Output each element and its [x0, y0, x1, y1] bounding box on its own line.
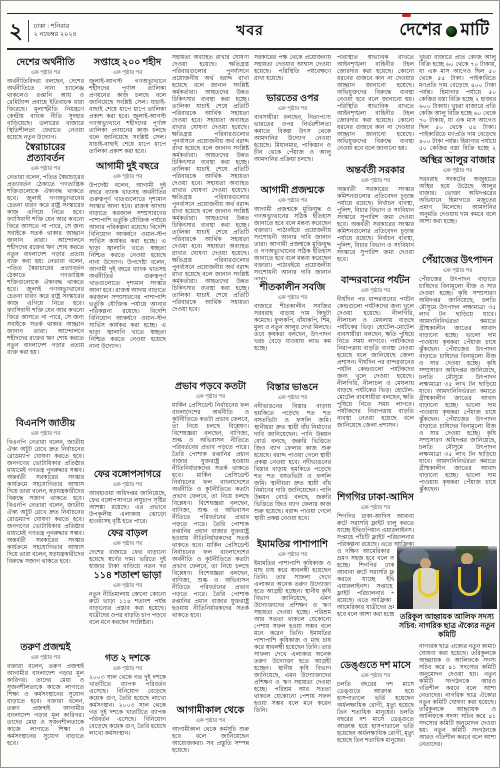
article-headline: দেশের অর্থনীতি — [7, 55, 84, 69]
photo-caption: তরিকুল আহ্বায়ক আলিফ সদস্য সচিব: নাগরিক … — [397, 609, 497, 641]
article-body: উপদেষ্টা বলেন, আগামী দুই বছরে ব্যাংক খাত… — [89, 183, 166, 351]
article-body: বাজারে শীতকালীন সবজির সরবরাহ বাড়ায় দাম… — [254, 304, 331, 353]
continued-label: এক পৃষ্ঠার পর — [172, 394, 249, 401]
article-body: সরবরাহ সংকটের অজুহাতে অস্থির হয়ে উঠেছে … — [419, 177, 496, 226]
article[interactable]: অন্তর্বর্তী সরকার এক পৃষ্ঠার পর অন্তর্বর… — [337, 163, 414, 273]
article-body: আগামীকাল থেকে কর্মসূচি শুরু হবে বলে জানি… — [172, 727, 249, 755]
article-headline: শীতকালীন সবজি — [254, 280, 331, 294]
article-body: আগামী প্রজন্মকে মুক্তিযুদ্ধ ও গণঅভ্যুত্থ… — [254, 207, 331, 280]
article-body: বক্তারা বলেন, তরুণ প্রজন্মই আগামীর বাংলা… — [7, 664, 84, 748]
continued-label: এক পৃষ্ঠার পর — [419, 268, 496, 275]
dateline-city-day: ঢাকা : শনিবার — [34, 23, 70, 30]
continued-label: এক পৃষ্ঠার পর — [89, 583, 166, 590]
continued-label: এক পৃষ্ঠার পর — [7, 431, 84, 438]
continued-label: এক পৃষ্ঠার পর — [254, 106, 331, 113]
article[interactable]: দেশের অর্থনীতি এক পৃষ্ঠার পর অর্থনীতিবিদ… — [7, 55, 84, 140]
article-headline: শিগগির ঢাকা-আদিস — [337, 490, 414, 504]
newspaper-page: ২ ঢাকা : শনিবার ২ নভেম্বর ২০২৪ খবর দেশের… — [0, 0, 500, 768]
article-headline: সপ্তাহে ২০০ শহীদ — [89, 55, 166, 69]
masthead: ২ ঢাকা : শনিবার ২ নভেম্বর ২০২৪ খবর দেশের… — [7, 13, 493, 50]
continued-label: এক পৃষ্ঠার পর — [254, 395, 331, 402]
article[interactable]: শীতকালীন সবজি এক পৃষ্ঠার পর বাজারে শীতকা… — [254, 280, 331, 380]
article-continuation[interactable]: নাগরিক ছাত্র ঐক্যের নতুন কমিটি ঘোষণা করা… — [419, 644, 496, 759]
news-photo-block[interactable]: তরিকুল আহ্বায়ক আলিফ সদস্য সচিব: নাগরিক … — [394, 546, 497, 641]
article-headline: ফের বঙ্গোপসাগরে — [89, 467, 166, 481]
continued-label: এক পৃষ্ঠার পর — [337, 288, 414, 295]
article-headline: গত ২ দশকে — [89, 651, 166, 665]
continued-label: এক পৃষ্ঠার পর — [337, 505, 414, 512]
continued-label: এক পৃষ্ঠার পর — [337, 178, 414, 185]
article-body: অর্থনীতিবিদরা বলছেন, দেশের অর্থনীতিতে না… — [7, 79, 84, 140]
newspaper-brand: দেশের মাটি — [399, 17, 493, 45]
article[interactable]: ইমামতির পাশাপাশি এক পৃষ্ঠার পর ইমামতির প… — [254, 537, 331, 761]
continued-label: এক পৃষ্ঠার পর — [337, 673, 414, 680]
article[interactable]: ১১৪ শতাংশ ভাড়া এক পৃষ্ঠার পর নতুন নীতিম… — [89, 568, 166, 651]
article-headline: ১১৪ শতাংশ ভাড়া — [89, 568, 166, 582]
continued-label: এক পৃষ্ঠার পর — [7, 166, 84, 173]
continued-label: এক পৃষ্ঠার পর — [89, 482, 166, 489]
article-body: বিএনপি নেতারা বলেন, জাতীয় ঐক্য অটুট রেখ… — [7, 440, 84, 566]
column-3: সহায়তা অব্যাহত রাখার ঘোষণা দেওয়া হয়েছ… — [172, 55, 249, 761]
article-body: ইমামতির পাশাপাশি কৃষিকাজ ও মাছ চাষ করে স… — [254, 561, 331, 715]
article-headline: অন্তর্বর্তী সরকার — [337, 163, 414, 177]
article-body: সরকারের পক্ষ থেকে প্রয়োজনীয় সহায়তা দে… — [254, 55, 331, 83]
article[interactable]: ডেঙ্গুতে দশ মাসে এক পৃষ্ঠার পর চলতি বছরে… — [337, 658, 414, 761]
article-body: দেশের বাজারে ফের বাড়ানো হয়েছে স্বর্ণের… — [89, 550, 166, 568]
continued-label: এক পৃষ্ঠার পর — [7, 70, 84, 77]
article-body: নদীভাঙনের বিস্তার বাড়ায় হুমকিতে পড়েছে… — [254, 404, 331, 523]
article-body: নেতারা বলেন, পতিত স্বৈরাচারের প্রত্যাবর্… — [7, 175, 84, 357]
continued-label: এক পৃষ্ঠার পর — [89, 174, 166, 181]
article-body: ব্যবসায়ীরা বলছেন, নিত্যপণ্যে ভারতের ওপর… — [254, 115, 331, 164]
article-body: পেঁয়াজের উৎপাদন বাড়াতে চাষিদের বিনামূল… — [419, 277, 496, 494]
article[interactable]: অস্থির আলুর বাজার এক পৃষ্ঠার পর সরবরাহ স… — [419, 153, 496, 253]
article-headline: ডেঙ্গুতে দশ মাসে — [337, 658, 414, 672]
dateline: ঢাকা : শনিবার ২ নভেম্বর ২০২৪ — [34, 23, 77, 40]
section-title: খবর — [236, 19, 264, 43]
article-headline: আগামী দুই বছরে — [89, 159, 166, 173]
news-photo — [397, 546, 497, 609]
column-2: সপ্তাহে ২০০ শহীদ এক পৃষ্ঠার পর জুলাই-আগস… — [89, 55, 166, 761]
continued-label: এক পৃষ্ঠার পর — [419, 168, 496, 175]
article[interactable]: বান্দরবানের পর্যটন এক পৃষ্ঠার পর দীর্ঘদি… — [337, 273, 414, 490]
article-body: পরিস্থিতি স্বাভাবিক রাখতে আইনশৃঙ্খলা বাহ… — [337, 55, 414, 153]
article-headline: ইমামতির পাশাপাশি — [254, 537, 331, 551]
article-headline: ফের বাড়ল — [89, 526, 166, 540]
column-6: খুচরা বাজারে প্রতি কেজি আলু বিক্রি হচ্ছে… — [419, 55, 496, 761]
continued-label: এক পৃষ্ঠার পর — [254, 295, 331, 302]
article[interactable]: তরুণ প্রজন্মই এক পৃষ্ঠার পর বক্তারা বলেন… — [7, 640, 84, 761]
article[interactable]: বিএনপি জাতীয় এক পৃষ্ঠার পর বিএনপি নেতার… — [7, 416, 84, 640]
article-body: চলতি বছরের দশ মাসে ডেঙ্গুতে আক্রান্ত হয়… — [337, 682, 414, 745]
brand-word-right: মাটি — [461, 17, 490, 45]
article[interactable]: আগামী প্রজন্মকে এক পৃষ্ঠার পর আগামী প্রজ… — [254, 183, 331, 280]
article-body: জুলাই-আগস্ট গণঅভ্যুত্থানে শহীদদের পূর্ণা… — [89, 79, 166, 156]
article[interactable]: ভারতের ওপর এক পৃষ্ঠার পর ব্যবসায়ীরা বলছ… — [254, 91, 331, 183]
photo-foliage — [397, 564, 413, 582]
column-4: সরকারের পক্ষ থেকে প্রয়োজনীয় সহায়তা দে… — [254, 55, 331, 761]
article-headline: আগামীকাল থেকে — [172, 703, 249, 717]
garland-left — [418, 570, 439, 597]
page-number: ২ — [9, 21, 23, 42]
article-body: নাগরিক ছাত্র ঐক্যের নতুন কমিটি ঘোষণা করা… — [419, 644, 496, 749]
article-body: ২০০৩ সাল থেকে গত দুই দশকে খাতটিতে ব্যাপক… — [89, 675, 166, 738]
article-body: অন্তর্বর্তী সরকারের সংস্কার কমিশনগুলোর প… — [337, 187, 414, 264]
article-body: নতুন নীতিমালায় কোনো কোনো রুটে ভাড়া ১১৪… — [89, 592, 166, 627]
article-headline: প্রভাব পড়বে কতটা — [172, 379, 249, 393]
article[interactable]: স্বৈরাচারের প্রত্যাবর্তন এক পৃষ্ঠার পর ন… — [7, 140, 84, 416]
article-headline: অস্থির আলুর বাজার — [419, 153, 496, 167]
article-headline: তরুণ প্রজন্মই — [7, 640, 84, 654]
article-body: দীর্ঘদিন পর বান্দরবানের পর্যটন কেন্দ্রগু… — [337, 297, 414, 430]
article-headline: পেঁয়াজের উৎপাদন — [419, 253, 496, 267]
article-headline: বান্দরবানের পর্যটন — [337, 273, 414, 287]
continued-label: এক পৃষ্ঠার পর — [7, 655, 84, 662]
article-headline: ভারতের ওপর — [254, 91, 331, 105]
article[interactable]: আগামী দুই বছরে এক পৃষ্ঠার পর উপদেষ্টা বল… — [89, 159, 166, 467]
article-continuation[interactable]: সরকারের পক্ষ থেকে প্রয়োজনীয় সহায়তা দে… — [254, 55, 331, 91]
article-headline: বিস্তার ভাঙনে — [254, 380, 331, 394]
continued-label: এক পৃষ্ঠার পর — [254, 198, 331, 205]
continued-label: এক পৃষ্ঠার পর — [89, 541, 166, 548]
continued-label: এক পৃষ্ঠার পর — [254, 552, 331, 559]
article[interactable]: গত ২ দশকে এক পৃষ্ঠার পর ২০০৩ সাল থেকে গত… — [89, 651, 166, 761]
article-body: সহায়তা অব্যাহত রাখার ঘোষণা দেওয়া হয়েছ… — [172, 55, 249, 314]
article-body: খুচরা বাজারে প্রতি কেজি আলু বিক্রি হচ্ছে… — [419, 55, 496, 153]
masthead-left: ২ ঢাকা : শনিবার ২ নভেম্বর ২০২৪ — [7, 20, 77, 42]
article-body: আবহাওয়া অধিদপ্তর জানিয়েছে, ফের বঙ্গোপস… — [89, 491, 166, 526]
brand-logo-dot-icon — [446, 26, 457, 37]
garland-right — [458, 567, 481, 596]
article-continuation[interactable]: পরিস্থিতি স্বাভাবিক রাখতে আইনশৃঙ্খলা বাহ… — [337, 55, 414, 163]
article[interactable]: ফের বাড়ল এক পৃষ্ঠার পর দেশের বাজারে ফের… — [89, 526, 166, 568]
article-headline: আগামী প্রজন্মকে — [254, 183, 331, 197]
article-continuation[interactable]: খুচরা বাজারে প্রতি কেজি আলু বিক্রি হচ্ছে… — [419, 55, 496, 153]
article[interactable]: পেঁয়াজের উৎপাদন এক পৃষ্ঠার পর পেঁয়াজের… — [419, 253, 496, 544]
article-continuation[interactable]: সহায়তা অব্যাহত রাখার ঘোষণা দেওয়া হয়েছ… — [172, 55, 249, 379]
brand-word-left: দেশের — [399, 17, 441, 45]
article[interactable]: বিস্তার ভাঙনে এক পৃষ্ঠার পর নদীভাঙনের বি… — [254, 380, 331, 537]
continued-label: এক পৃষ্ঠার পর — [89, 70, 166, 77]
article-headline: স্বৈরাচারের প্রত্যাবর্তন — [7, 140, 84, 165]
article[interactable]: আগামীকাল থেকে এক পৃষ্ঠার পর আগামীকাল থেক… — [172, 703, 249, 761]
continued-label: এক পৃষ্ঠার পর — [89, 666, 166, 673]
continued-label: এক পৃষ্ঠার পর — [172, 718, 249, 725]
dateline-date: ২ নভেম্বর ২০২৪ — [34, 31, 77, 38]
column-1: দেশের অর্থনীতি এক পৃষ্ঠার পর অর্থনীতিবিদ… — [7, 55, 84, 761]
article[interactable]: প্রভাব পড়বে কতটা এক পৃষ্ঠার পর মার্কিন … — [172, 379, 249, 703]
article[interactable]: সপ্তাহে ২০০ শহীদ এক পৃষ্ঠার পর জুলাই-আগস… — [89, 55, 166, 159]
column-5: পরিস্থিতি স্বাভাবিক রাখতে আইনশৃঙ্খলা বাহ… — [337, 55, 414, 761]
masthead-divider — [28, 20, 29, 42]
article-headline: বিএনপি জাতীয় — [7, 416, 84, 430]
article-body: মার্কিন প্রেসিডেন্ট নির্বাচনের ফল বাংলাদ… — [172, 403, 249, 620]
brand-accent-icon — [402, 14, 411, 17]
article[interactable]: ফের বঙ্গোপসাগরে এক পৃষ্ঠার পর আবহাওয়া অ… — [89, 467, 166, 526]
